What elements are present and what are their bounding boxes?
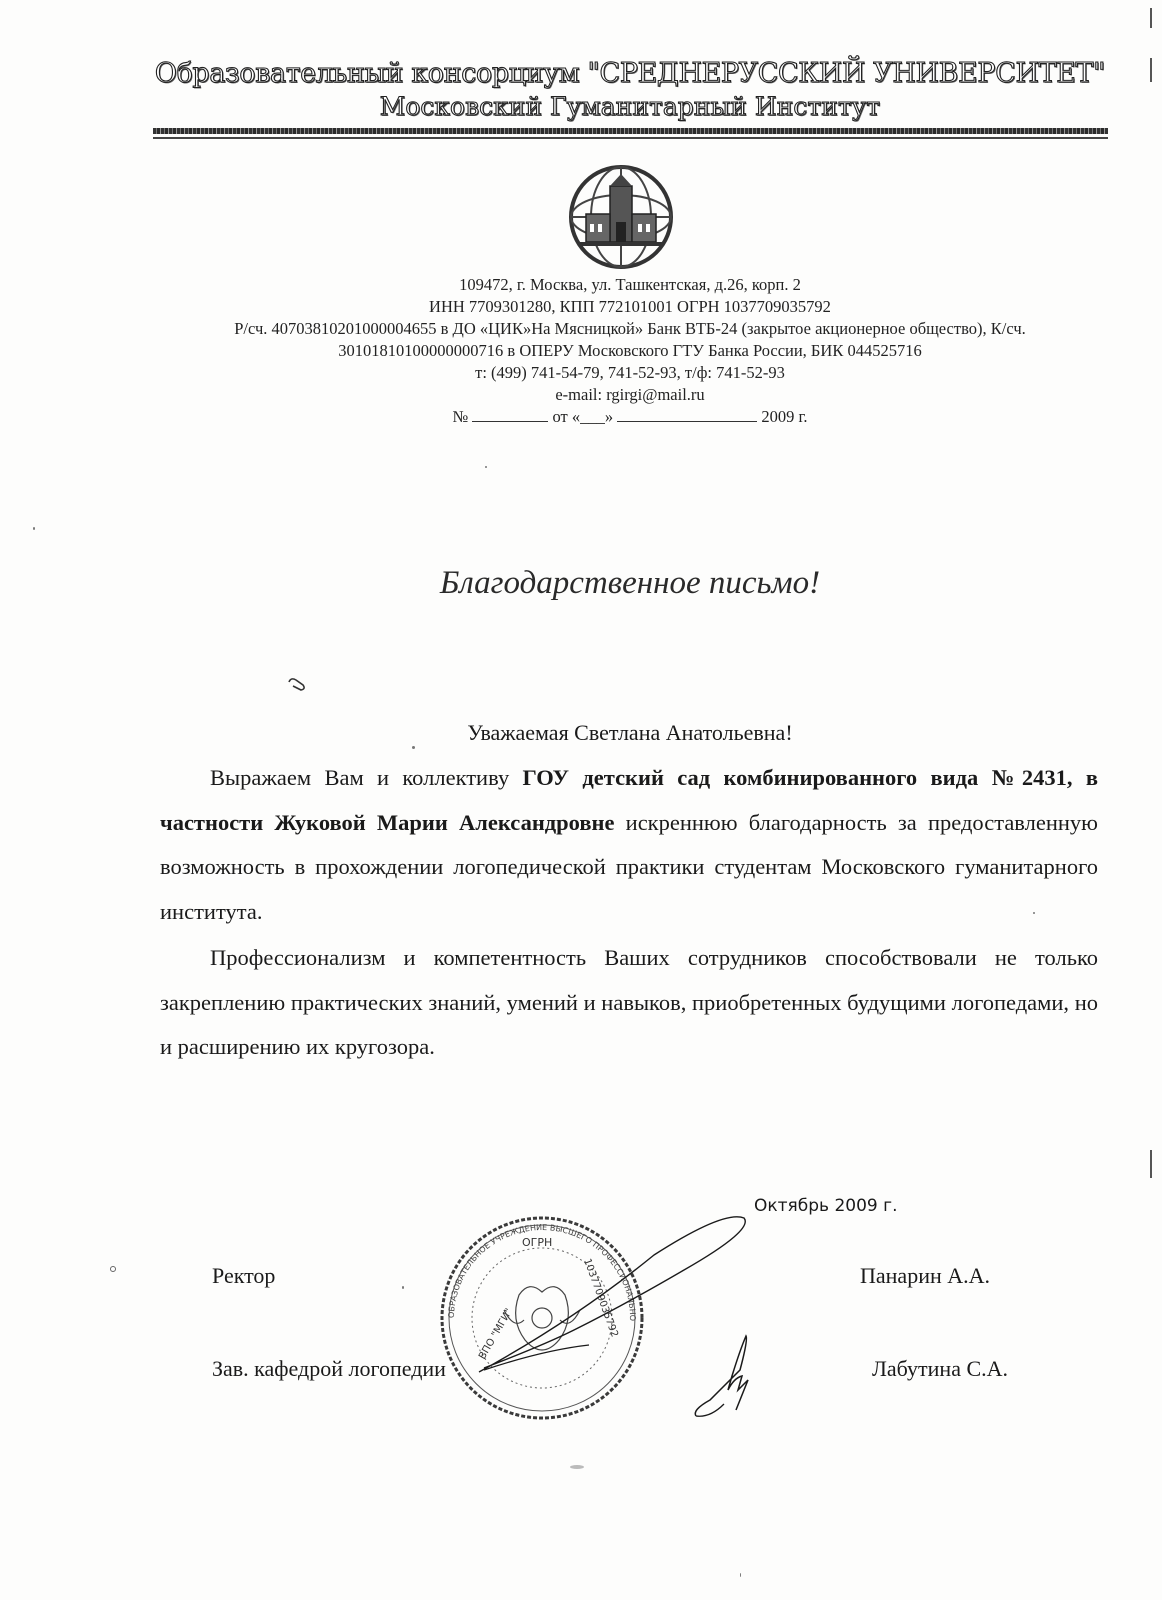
signature-position-head-of-department: Зав. кафедрой логопедии — [212, 1356, 446, 1382]
signature-name-rector: Панарин А.А. — [860, 1263, 990, 1289]
document-date: Октябрь 2009 г. — [754, 1196, 897, 1216]
scan-speck — [570, 1465, 584, 1469]
scan-speck — [402, 1286, 404, 1289]
scan-speck — [1033, 912, 1035, 914]
letterhead-institute-name: Московский Гуманитарный Институт — [150, 92, 1110, 121]
paragraph-1-prefix: Выражаем Вам и коллективу — [210, 765, 523, 790]
signature-name-head-of-department: Лабутина С.А. — [872, 1356, 1008, 1382]
scan-edge-mark — [1150, 58, 1152, 82]
scan-speck — [110, 1266, 116, 1272]
globe-cathedral-emblem-icon — [568, 164, 674, 270]
salutation: Уважаемая Светлана Анатольевна! — [150, 720, 1110, 746]
head-of-department-signature — [690, 1330, 770, 1425]
scan-speck — [412, 746, 415, 749]
paperclip-mark-icon — [286, 676, 308, 699]
stamp-ogrn-label: ОГРН — [522, 1236, 552, 1249]
ref-from-label: от «___» — [552, 407, 613, 426]
scan-speck — [740, 1573, 741, 1577]
organization-phones: т: (499) 741-54-79, 741-52-93, т/ф: 741-… — [150, 363, 1110, 383]
organization-email: e-mail: rgirgi@mail.ru — [150, 385, 1110, 405]
bank-details-line-1: Р/сч. 40703810201000004655 в ДО «ЦИК»На … — [150, 319, 1110, 339]
stamp-inner-text: ВПО "МГИ" — [477, 1307, 515, 1362]
letterhead-rule — [153, 128, 1108, 134]
organization-ids: ИНН 7709301280, КПП 772101001 ОГРН 10377… — [150, 297, 1110, 317]
scan-speck — [485, 466, 487, 468]
ref-year: 2009 г. — [761, 407, 807, 426]
signature-position-rector: Ректор — [212, 1263, 275, 1289]
letterhead-rule-thin — [153, 137, 1108, 139]
body-paragraph-1: Выражаем Вам и коллективу ГОУ детский са… — [160, 756, 1098, 934]
scan-edge-mark — [1150, 1150, 1152, 1178]
scan-edge-mark — [1150, 8, 1152, 28]
organization-address: 109472, г. Москва, ул. Ташкентская, д.26… — [150, 275, 1110, 295]
scan-speck — [33, 527, 35, 530]
bank-details-line-2: 30101810100000000716 в ОПЕРУ Московского… — [150, 341, 1110, 361]
paragraph-2-text: Профессионализм и компетентность Ваших с… — [160, 945, 1098, 1059]
ref-number-label: № — [452, 407, 468, 426]
reference-number-line: № от «___» 2009 г. — [150, 407, 1110, 427]
body-paragraph-2: Профессионализм и компетентность Ваших с… — [160, 936, 1098, 1070]
document-title: Благодарственное письмо! — [150, 565, 1110, 602]
letterhead-consortium-name: Образовательный консорциум "СРЕДНЕРУССКИ… — [150, 58, 1110, 89]
